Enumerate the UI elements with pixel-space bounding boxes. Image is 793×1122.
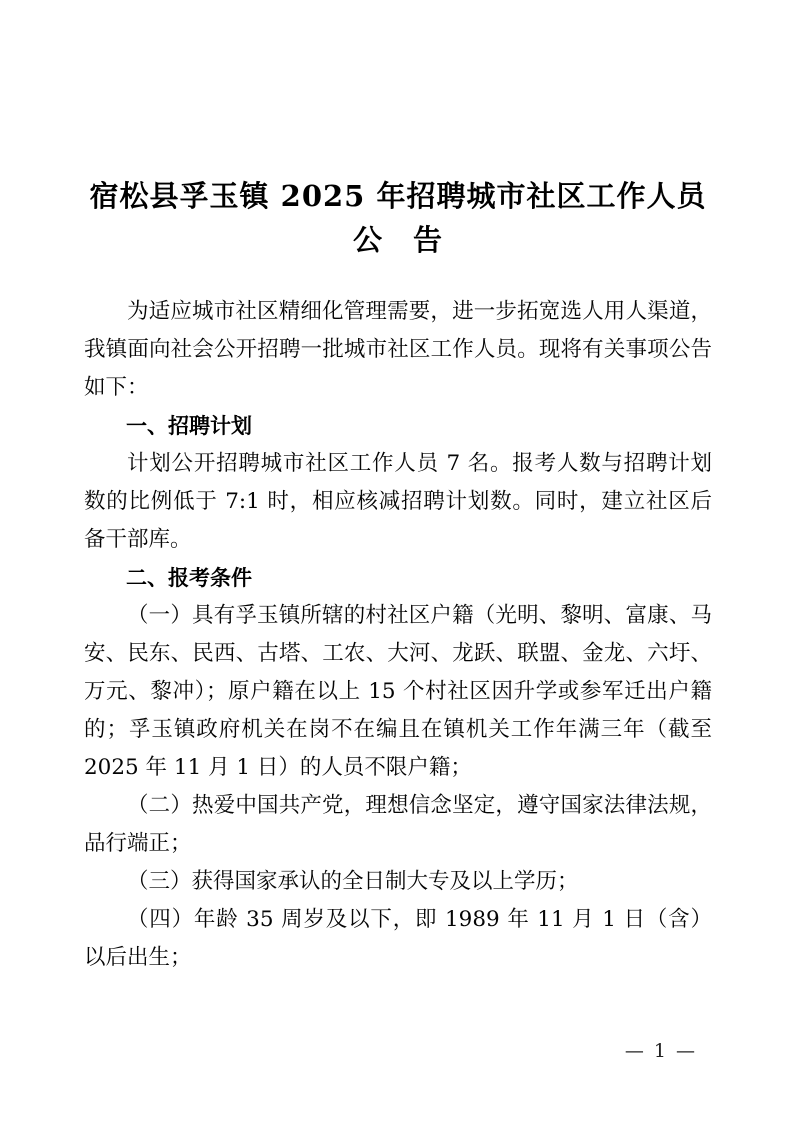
document-content: 宿松县孚玉镇 2025 年招聘城市社区工作人员 公 告 为适应城市社区精细化管理… — [84, 174, 712, 977]
document-body: 为适应城市社区精细化管理需要，进一步拓宽选人用人渠道，我镇面向社会公开招聘一批城… — [84, 293, 712, 977]
document-title: 宿松县孚玉镇 2025 年招聘城市社区工作人员 公 告 — [84, 174, 712, 262]
paragraph-requirement-4: （四）年龄 35 周岁及以下，即 1989 年 11 月 1 日（含）以后出生； — [84, 901, 712, 977]
title-line-1: 宿松县孚玉镇 2025 年招聘城市社区工作人员 — [84, 174, 712, 218]
paragraph-requirement-1: （一）具有孚玉镇所辖的村社区户籍（光明、黎明、富康、马安、民东、民西、古塔、工农… — [84, 597, 712, 787]
paragraph-requirement-2: （二）热爱中国共产党，理想信念坚定，遵守国家法律法规，品行端正； — [84, 787, 712, 863]
paragraph-recruitment-plan: 计划公开招聘城市社区工作人员 7 名。报考人数与招聘计划数的比例低于 7:1 时… — [84, 445, 712, 559]
page-footer: — 1 — — [625, 1040, 697, 1062]
paragraph-requirement-3: （三）获得国家承认的全日制大专及以上学历； — [84, 863, 712, 901]
paragraph-intro: 为适应城市社区精细化管理需要，进一步拓宽选人用人渠道，我镇面向社会公开招聘一批城… — [84, 293, 712, 407]
section-heading-application-requirements: 二、报考条件 — [84, 559, 712, 597]
document-page: 宿松县孚玉镇 2025 年招聘城市社区工作人员 公 告 为适应城市社区精细化管理… — [0, 0, 793, 1122]
page-number: — 1 — — [625, 1040, 697, 1062]
section-heading-recruitment-plan: 一、招聘计划 — [84, 407, 712, 445]
title-line-2: 公 告 — [84, 218, 712, 262]
